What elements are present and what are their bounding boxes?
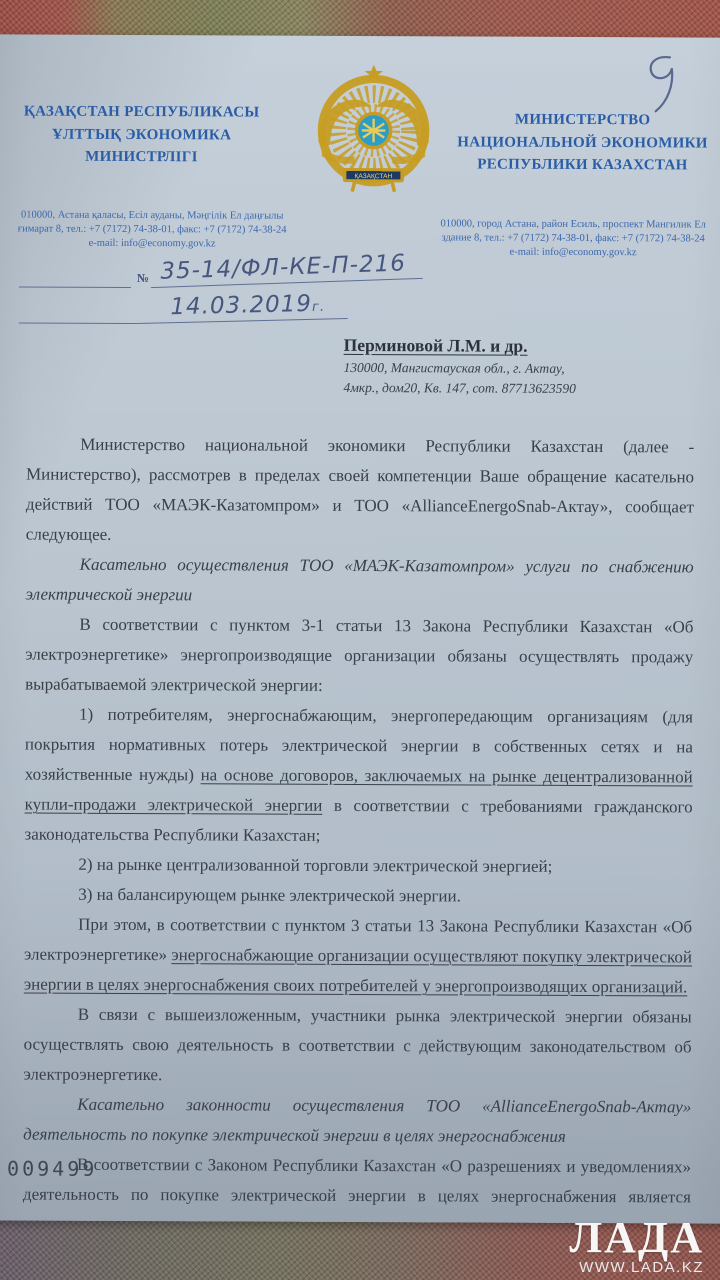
document-photo: ЛАДА WWW.LADA.KZ ҚАЗАҚСТАН РЕСПУБЛИКАСЫ … [0, 0, 720, 1280]
kazakhstan-coat-of-arms-icon: ҚАЗАҚСТАН [302, 60, 445, 209]
address-line: 010000, Астана қаласы, Есіл ауданы, Мәңг… [0, 208, 305, 224]
serial-number-stamp: 009499 [7, 1156, 97, 1180]
title-line: ҚАЗАҚСТАН РЕСПУБЛИКАСЫ [6, 100, 278, 124]
paragraph: Министерство национальной экономики Респ… [26, 430, 695, 553]
date-value: 14.03.2019 [170, 291, 312, 320]
emblem-banner-text: ҚАЗАҚСТАН [355, 173, 393, 180]
address-line: ғимарат 8, тел.: +7 (7172) 74-38-01, фак… [0, 223, 305, 239]
title-line: МИНИСТЕРСТВО [448, 108, 718, 132]
text-run: В соответствии с пунктом 3-1 статьи 13 З… [25, 615, 693, 695]
paragraph: 3) на балансирующем рынке электрической … [24, 880, 692, 913]
paragraph: 1) потребителям, энергоснабжающим, энерг… [24, 700, 693, 853]
text-run: Касательно законности осуществления ТОО … [23, 1095, 691, 1146]
text-run: 3) на балансирующем рынке электрической … [78, 885, 461, 906]
paragraph: В связи с вышеизложенным, участники рынк… [23, 1000, 691, 1093]
address-line: здание 8, тел.: +7 (7172) 74-38-01, факс… [425, 231, 720, 246]
date-suffix: г. [312, 300, 325, 315]
title-line: ҰЛТТЫҚ ЭКОНОМИКА [6, 123, 278, 147]
letter-page: ҚАЗАҚСТАН РЕСПУБЛИКАСЫ ҰЛТТЫҚ ЭКОНОМИКА … [0, 34, 720, 1223]
address-line: e-mail: info@economy.gov.kz [425, 246, 720, 261]
address-line: 010000, город Астана, район Есиль, просп… [425, 217, 720, 232]
text-run: В связи с вышеизложенным, участники рынк… [23, 1005, 691, 1084]
handwritten-reference-number: 35-14/ФЛ-КЕ-П-216 [150, 250, 422, 288]
title-line: НАЦИОНАЛЬНОЙ ЭКОНОМИКИ [447, 131, 717, 155]
paragraph: 2) на рынке централизованной торговли эл… [24, 850, 692, 883]
ministry-title-kazakh: ҚАЗАҚСТАН РЕСПУБЛИКАСЫ ҰЛТТЫҚ ЭКОНОМИКА … [5, 100, 277, 169]
reference-number-row: № 35-14/ФЛ-КЕ-П-216 [19, 257, 423, 290]
watermark-title: ЛАДА [569, 1217, 704, 1259]
title-line: РЕСПУБЛИКИ КАЗАХСТАН [447, 153, 717, 177]
ministry-address-kazakh: 010000, Астана қаласы, Есіл ауданы, Мәңг… [0, 208, 305, 252]
watermark-url: WWW.LADA.KZ [569, 1259, 704, 1277]
reference-date-row: 14.03.2019г. [19, 293, 348, 325]
letter-content: ҚАЗАҚСТАН РЕСПУБЛИКАСЫ ҰЛТТЫҚ ЭКОНОМИКА … [0, 34, 720, 1223]
paragraph: Касательно законности осуществления ТОО … [23, 1090, 691, 1153]
title-line: МИНИСТРЛІГІ [5, 145, 277, 169]
paragraph: В соответствии с пунктом 3-1 статьи 13 З… [25, 610, 693, 703]
blank-line [19, 293, 137, 325]
address-line: e-mail: info@economy.gov.kz [0, 237, 305, 253]
paragraph: При этом, в соответствии с пунктом 3 ста… [24, 910, 692, 1003]
text-run: Касательно осуществления ТОО «МАЭК-Казат… [26, 555, 694, 604]
ministry-title-russian: МИНИСТЕРСТВО НАЦИОНАЛЬНОЙ ЭКОНОМИКИ РЕСП… [447, 108, 717, 177]
text-run: 2) на рынке централизованной торговли эл… [78, 855, 552, 876]
number-sign-label: № [137, 271, 149, 286]
addressee-address-line: 4мкр., дом20, Кв. 147, сот. 87713623590 [343, 378, 703, 400]
blank-line [19, 257, 131, 288]
handwritten-corner-mark [644, 53, 678, 115]
handwritten-date: 14.03.2019г. [136, 290, 347, 324]
paragraph: Касательно осуществления ТОО «МАЭК-Казат… [25, 550, 693, 613]
addressee-block: Перминовой Л.М. и др. 130000, Мангистаус… [343, 334, 703, 400]
addressee-name: Перминовой Л.М. и др. [344, 334, 704, 359]
addressee-address-line: 130000, Мангистауская обл., г. Актау, [344, 358, 704, 380]
site-watermark: ЛАДА WWW.LADA.KZ [569, 1217, 704, 1277]
body-paragraphs: Министерство национальной экономики Респ… [23, 430, 695, 1224]
text-run: Министерство национальной экономики Респ… [26, 435, 694, 544]
ministry-address-russian: 010000, город Астана, район Есиль, просп… [425, 217, 720, 261]
